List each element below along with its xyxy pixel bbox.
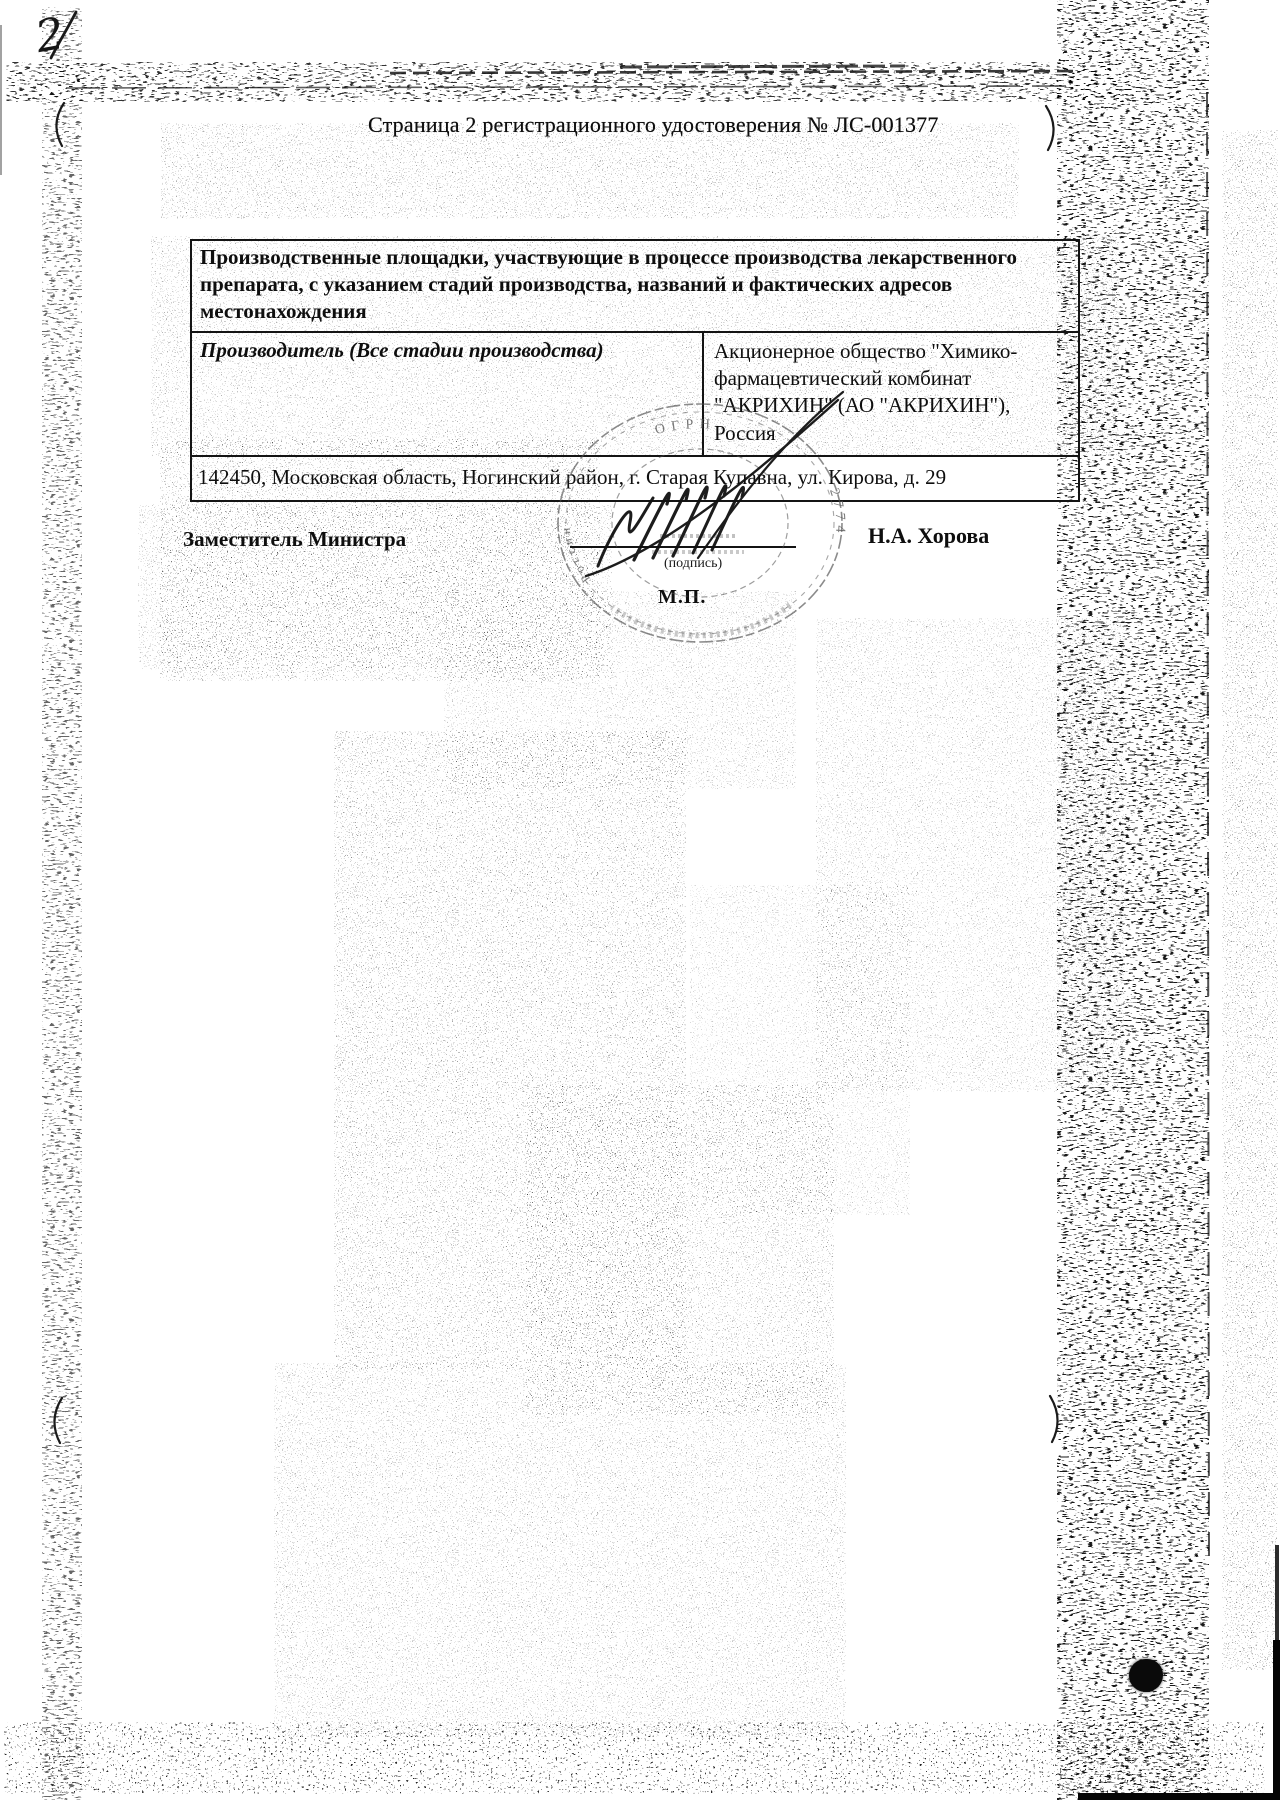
signatory-name: Н.А. Хорова [868,523,989,549]
top-dashed-line [620,66,905,67]
production-sites-table: Производственные площадки, участвующие в… [190,239,1080,502]
stamp-arc-left-text: России [558,523,593,585]
producer-row: Производитель (Все стадии производства) … [192,333,1078,457]
noise-patch [300,1380,820,1720]
handwritten-page-number: 2 [32,8,68,63]
bracket-mark [54,1398,62,1443]
noise-patch [830,640,1110,1070]
noise-patch [200,128,980,214]
noise-patch [460,600,780,780]
signature-stroke [634,493,669,560]
address-cell: 142450, Московская область, Ногинский ра… [192,457,1078,500]
top-dashed-line [66,86,1070,88]
bracket-mark [1046,106,1054,150]
signature-caption: (подпись) [664,556,722,572]
signatory-title: Заместитель Министра [183,527,406,552]
noise-band-right-outer [1225,200,1275,1600]
scan-black-edges [1078,1640,1280,1800]
stamp-bottom-text-arc [612,605,790,635]
producer-label-cell: Производитель (Все стадии производства) [192,333,704,455]
bracket-mark [1050,1396,1058,1442]
signature-line [570,546,796,548]
svg-text:России: России [558,523,593,585]
right-black-strip [1273,1640,1280,1800]
seal-place-label: М.П. [658,586,706,609]
top-dashed-line [390,71,1078,73]
scan-corner-brackets [51,12,1058,1443]
producer-value-cell: Акционерное общество "Химико- фармацевти… [704,333,1078,455]
page-header: Страница 2 регистрационного удостоверени… [368,112,939,138]
scanned-document-page: 2 Страница 2 регистрационного удостовере… [0,0,1280,1800]
noise-band-left [44,92,80,1776]
bracket-mark [56,103,64,146]
table-title-cell: Производственные площадки, участвующие в… [192,241,1078,333]
right-dashed-line [1207,92,1209,1560]
noise-patch [350,760,670,1340]
bottom-black-strip [1078,1793,1280,1800]
noise-patch [540,1100,820,1400]
noise-patch [700,900,900,1200]
noise-band-bottom [62,1726,1207,1790]
ink-dot [1129,1659,1163,1692]
noise-band-top [58,64,1082,100]
signature-stroke [598,498,653,566]
noise-band-right [1064,82,1202,1788]
